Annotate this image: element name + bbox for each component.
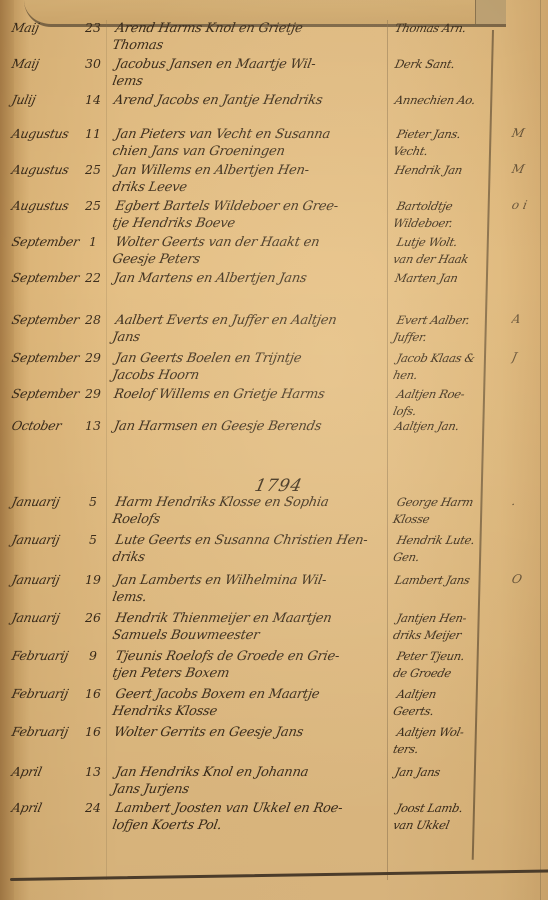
entry-names-line: Jan Hendriks Knol en Johanna [114,764,389,781]
entry-witness-line: van der Haak [391,251,495,268]
entry-names-line: Roelof Willems en Grietje Harms [113,386,388,403]
entry-day: 25 [80,198,106,213]
entry-names-line: tje Hendriks Boeve [111,215,386,232]
entry-names-line: Geesje Peters [111,251,386,268]
entry-names-line: Lute Geerts en Susanna Christien Hen- [114,532,389,549]
entry-names: Lambert Joosten van Ukkel en Roe-lofjen … [111,800,389,834]
entry-witness: Jacob Klaas &hen. [391,350,498,384]
entry-witness-line: George Harm [395,494,499,511]
entry-witness-line: de Groede [391,665,495,682]
entry-witness: AaltjenGeerts. [391,686,498,720]
bottom-rule [10,870,548,881]
entry-names: Jan Harmsen en Geesje Berends [113,418,388,435]
entry-witness: Aaltjen Roe-lofs. [391,386,498,420]
entry-names-line: Wolter Geerts van der Haakt en [114,234,389,251]
entry-witness: BartoldtjeWildeboer. [391,198,498,232]
entry-witness-line: Thomas Arn. [393,20,497,37]
entry-witness-line: Aaltjen Jan. [393,418,497,435]
entry-witness-line: Annechien Ao. [393,92,497,109]
entry-names: Egbert Bartels Wildeboer en Gree-tje Hen… [111,198,389,232]
entry-names-line: Thomas [111,37,386,54]
entry-day: 19 [80,572,106,587]
entry-witness-line: Hendrik Jan [393,162,497,179]
entry-margin-note: O [511,572,548,586]
entry-witness: Lutje Wolt.van der Haak [391,234,498,268]
entry-witness-line: Vecht. [391,143,495,160]
entry-witness-line: Juffer. [391,329,495,346]
entry-witness: Hendrik Jan [393,162,497,179]
entry-witness-line: van Ukkel [391,817,495,834]
entry-names-line: Aalbert Everts en Juffer en Aaltjen [114,312,389,329]
entry-witness-line: Klosse [391,511,495,528]
entry-witness-line: Joost Lamb. [395,800,499,817]
entry-day: 14 [80,92,106,107]
entry-names: Lute Geerts en Susanna Christien Hen-dri… [111,532,389,566]
entry-witness: Peter Tjeun.de Groede [391,648,498,682]
entry-names-line: lofjen Koerts Pol. [111,817,386,834]
entry-day: 1 [80,234,106,249]
entry-day: 5 [80,532,106,547]
entry-names: Jacobus Jansen en Maartje Wil-lems [111,56,389,90]
entry-names: Tjeunis Roelofs de Groede en Grie-tjen P… [111,648,389,682]
entry-witness: Hendrik Lute.Gen. [391,532,498,566]
entry-witness-line: Lutje Wolt. [395,234,499,251]
entry-names-line: Wolter Gerrits en Geesje Jans [113,724,388,741]
column-rule-day [106,20,107,880]
entry-day: 11 [80,126,106,141]
entry-witness: Evert Aalber.Juffer. [391,312,498,346]
entry-names-line: Jan Martens en Albertjen Jans [113,270,388,287]
entry-names: Roelof Willems en Grietje Harms [113,386,388,403]
entry-names: Jan Willems en Albertjen Hen-driks Leeve [111,162,389,196]
entry-witness-line: driks Meijer [391,627,495,644]
entry-day: 22 [80,270,106,285]
entry-witness: George HarmKlosse [391,494,498,528]
entry-margin-note: M [511,126,548,140]
column-rule-witness [387,20,388,880]
entry-names-line: Hendrik Thienmeijer en Maartjen [114,610,389,627]
entry-witness-line: Lambert Jans [393,572,497,589]
entry-names-line: lems [111,73,386,90]
entry-names: Arend Jacobs en Jantje Hendriks [113,92,388,109]
entry-names-line: Lambert Joosten van Ukkel en Roe- [114,800,389,817]
entry-witness: Derk Sant. [393,56,497,73]
entry-day: 13 [80,764,106,779]
entry-names: Harm Hendriks Klosse en SophiaRoelofs [111,494,389,528]
entry-witness-line: hen. [391,367,495,384]
entry-witness: Thomas Arn. [393,20,497,37]
entry-day: 26 [80,610,106,625]
register-page: 1794 Maij23Arend Harms Knol en GrietjeTh… [0,0,548,900]
entry-names-line: Hendriks Klosse [111,703,386,720]
entry-day: 13 [80,418,106,433]
entry-names: Jan Geerts Boelen en TrijntjeJacobs Hoor… [111,350,389,384]
entry-names-line: Jans [111,329,386,346]
entry-names: Wolter Gerrits en Geesje Jans [113,724,388,741]
entry-witness: Annechien Ao. [393,92,497,109]
entry-witness-line: Jan Jans [393,764,497,781]
entry-day: 30 [80,56,106,71]
entry-witness-line: Geerts. [391,703,495,720]
entry-witness-line: Marten Jan [393,270,497,287]
entry-names: Jan Pieters van Vecht en Susannachien Ja… [111,126,389,160]
entry-names: Jan Martens en Albertjen Jans [113,270,388,287]
entry-names-line: Jacobs Hoorn [111,367,386,384]
entry-names: Wolter Geerts van der Haakt enGeesje Pet… [111,234,389,268]
entry-names-line: Geert Jacobs Boxem en Maartje [114,686,389,703]
entry-witness-line: Aaltjen [395,686,499,703]
entry-margin-note: M [511,162,548,176]
entry-names-line: tjen Peters Boxem [111,665,386,682]
entry-day: 24 [80,800,106,815]
entry-names-line: Jan Lamberts en Wilhelmina Wil- [114,572,389,589]
entry-names-line: chien Jans van Groeningen [111,143,386,160]
entry-witness-line: Wildeboer. [391,215,495,232]
year-heading: 1794 [253,476,305,496]
entry-witness: Jan Jans [393,764,497,781]
entry-names: Arend Harms Knol en GrietjeThomas [111,20,389,54]
entry-margin-note: J [511,350,548,364]
entry-witness-line: Jantjen Hen- [395,610,499,627]
entry-names-line: Arend Jacobs en Jantje Hendriks [113,92,388,109]
entry-names-line: Samuels Bouwmeester [111,627,386,644]
entry-names: Aalbert Everts en Juffer en AaltjenJans [111,312,389,346]
entry-names-line: Egbert Bartels Wildeboer en Gree- [114,198,389,215]
entry-names-line: Jan Harmsen en Geesje Berends [113,418,388,435]
entry-witness-line: ters. [391,741,495,758]
entry-names-line: Arend Harms Knol en Grietje [114,20,389,37]
entry-names: Geert Jacobs Boxem en MaartjeHendriks Kl… [111,686,389,720]
entry-names-line: Jans Jurjens [111,781,386,798]
entry-day: 9 [80,648,106,663]
entry-witness-line: Peter Tjeun. [395,648,499,665]
entry-witness: Aaltjen Wol-ters. [391,724,498,758]
entry-names: Jan Hendriks Knol en JohannaJans Jurjens [111,764,389,798]
entry-names: Hendrik Thienmeijer en MaartjenSamuels B… [111,610,389,644]
entry-names-line: Jan Geerts Boelen en Trijntje [114,350,389,367]
entry-day: 29 [80,350,106,365]
entry-day: 23 [80,20,106,35]
entry-day: 5 [80,494,106,509]
entry-margin-note: . [511,494,548,508]
entry-names-line: Tjeunis Roelofs de Groede en Grie- [114,648,389,665]
entry-names-line: lems. [111,589,386,606]
entry-names-line: Jan Pieters van Vecht en Susanna [114,126,389,143]
entry-witness: Marten Jan [393,270,497,287]
entry-names-line: driks [111,549,386,566]
entry-names-line: Roelofs [111,511,386,528]
entry-names: Jan Lamberts en Wilhelmina Wil-lems. [111,572,389,606]
entry-names-line: Jacobus Jansen en Maartje Wil- [114,56,389,73]
entry-witness: Jantjen Hen-driks Meijer [391,610,498,644]
entry-witness-line: Gen. [391,549,495,566]
entry-witness-line: Jacob Klaas & [395,350,499,367]
entry-witness: Pieter Jans.Vecht. [391,126,498,160]
entry-witness: Aaltjen Jan. [393,418,497,435]
entry-names-line: Harm Hendriks Klosse en Sophia [114,494,389,511]
entry-witness-line: Bartoldtje [395,198,499,215]
entry-witness-line: Hendrik Lute. [395,532,499,549]
entry-witness-line: Pieter Jans. [395,126,499,143]
entry-margin-note: o i [511,198,548,212]
entry-day: 25 [80,162,106,177]
entry-margin-note: A [511,312,548,326]
entry-witness-line: Aaltjen Wol- [395,724,499,741]
entry-names-line: Jan Willems en Albertjen Hen- [114,162,389,179]
entry-day: 16 [80,686,106,701]
entry-day: 28 [80,312,106,327]
entry-names-line: driks Leeve [111,179,386,196]
entry-witness: Lambert Jans [393,572,497,589]
entry-witness-line: Aaltjen Roe- [395,386,499,403]
entry-day: 29 [80,386,106,401]
entry-witness: Joost Lamb.van Ukkel [391,800,498,834]
entry-witness-line: Derk Sant. [393,56,497,73]
entry-day: 16 [80,724,106,739]
entry-witness-line: Evert Aalber. [395,312,499,329]
